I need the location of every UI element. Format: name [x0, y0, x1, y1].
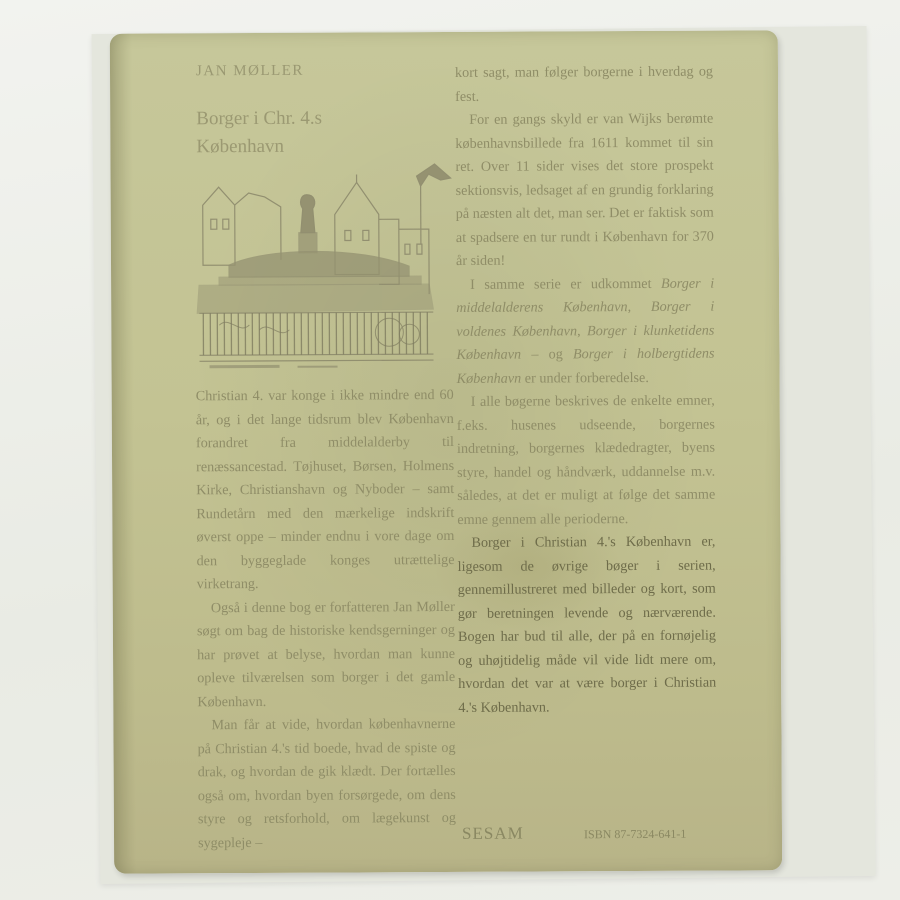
book-back-cover: JAN MØLLER Borger i Chr. 4.s København: [110, 30, 782, 873]
spine-shadow: [110, 34, 136, 874]
author-name: JAN MØLLER: [196, 63, 304, 81]
left-text-column: Christian 4. var konge i ikke mindre end…: [196, 384, 456, 855]
paragraph: kort sagt, man følger borgerne i hverdag…: [455, 61, 713, 109]
paragraph: For en gangs skyld er van Wijks berømte …: [455, 108, 714, 274]
isbn-number: ISBN 87-7324-641-1: [584, 827, 686, 843]
paragraph: Christian 4. var konge i ikke mindre end…: [196, 384, 455, 597]
paragraph-series-list: I samme serie er udkommet Borger i midde…: [456, 272, 715, 391]
paragraph: I alle bøgerne beskrives de enkelte emne…: [457, 390, 716, 532]
paragraph: Borger i Christian 4.'s København er, li…: [457, 531, 716, 720]
paragraph: Man får at vide, hvordan københavnerne p…: [197, 713, 456, 855]
right-text-column: kort sagt, man følger borgerne i hverdag…: [455, 61, 716, 720]
etching-illustration-icon: [188, 134, 457, 375]
title-line-1: Borger i Chr. 4.s: [196, 104, 396, 133]
publisher-name: SESAM: [462, 824, 524, 844]
paragraph: Også i denne bog er forfatteren Jan Møll…: [197, 595, 456, 714]
